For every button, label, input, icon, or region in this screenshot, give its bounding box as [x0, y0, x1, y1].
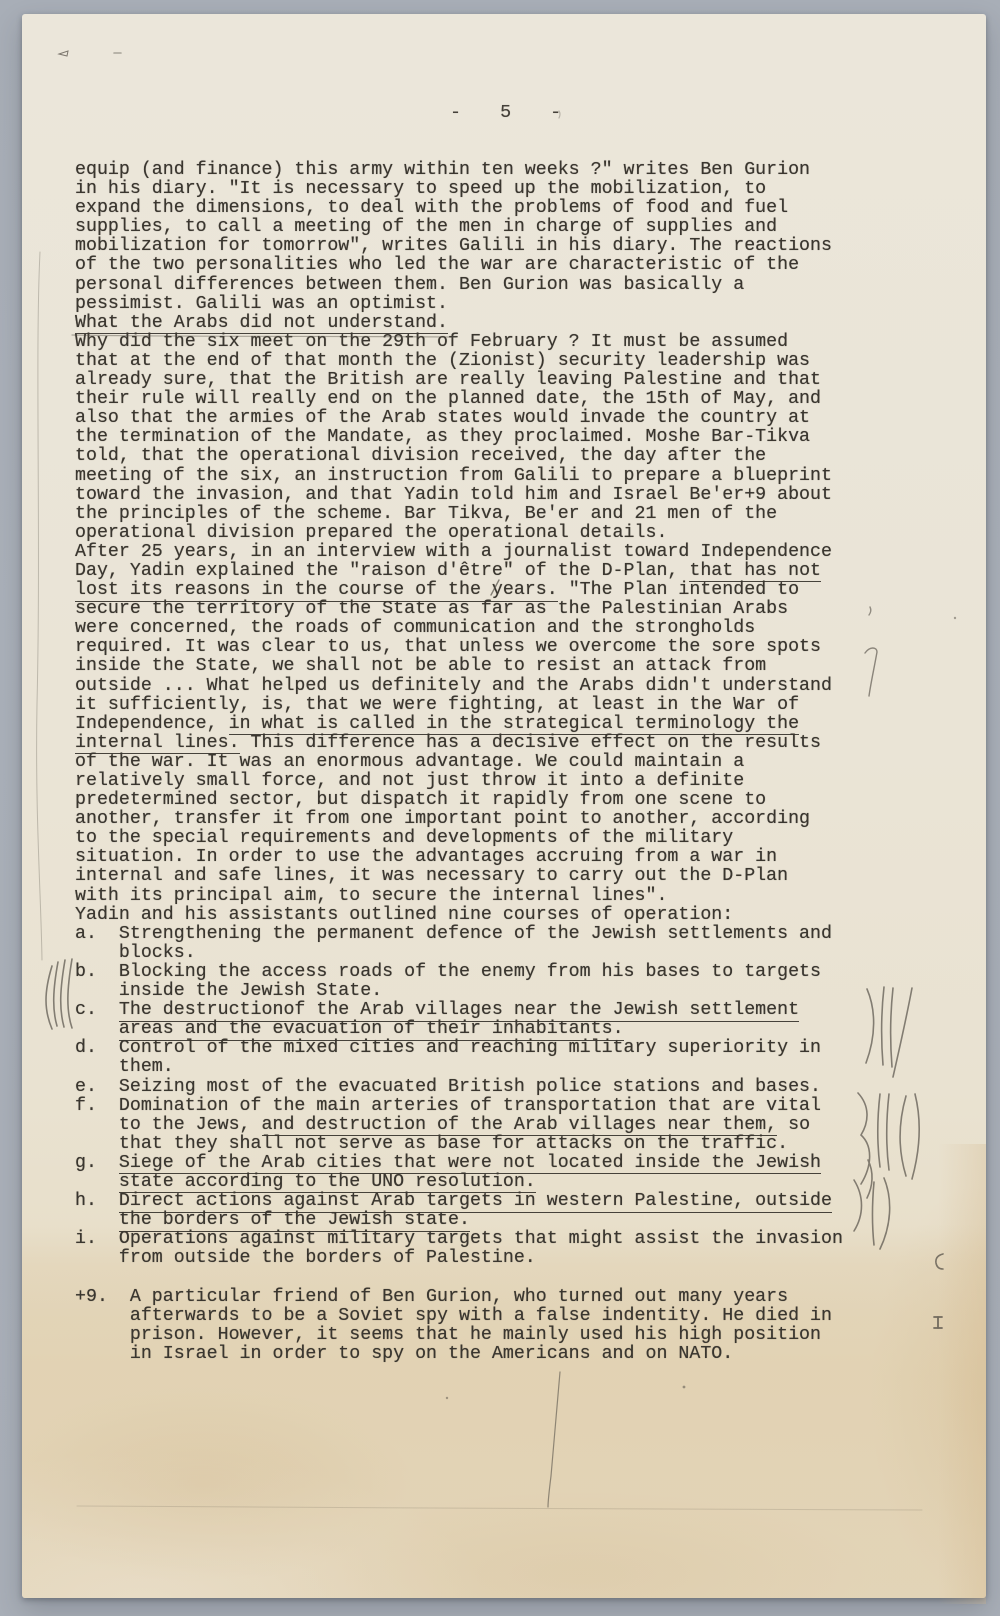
left-margin-strokes-item-c	[46, 959, 72, 1029]
typed-line: relatively small force, and not just thr…	[75, 772, 843, 791]
typed-line: it sufficiently, is, that we were fighti…	[75, 696, 843, 715]
typed-line: Yadin and his assistants outlined nine c…	[75, 906, 843, 925]
right-margin-apostrophe	[869, 607, 871, 615]
scanned-document-page: - 5 - equip (and finance) this army with…	[0, 0, 1000, 1616]
typed-line: state according to the UNO resolution.	[75, 1173, 843, 1192]
paper-speck	[683, 1386, 686, 1389]
typed-line: Why did the six meet on the 29th of Febr…	[75, 333, 843, 352]
typed-line: i. Operations against military targets t…	[75, 1230, 843, 1249]
left-margin-fold-crease	[37, 252, 42, 960]
typed-line: inside the State, we shall not be able t…	[75, 657, 843, 676]
bottom-horizontal-crease	[77, 1506, 922, 1510]
typed-line: to the Jews, and destruction of the Arab…	[75, 1116, 843, 1135]
right-margin-dot	[954, 617, 956, 619]
right-margin-letter-c	[936, 1254, 943, 1269]
typed-line: After 25 years, in an interview with a j…	[75, 543, 843, 562]
typed-line: meeting of the six, an instruction from …	[75, 467, 843, 486]
typed-line: of the two personalities who led the war…	[75, 256, 843, 275]
typed-line: c. The destructionof the Arab villages n…	[75, 1001, 843, 1020]
typed-line: internal and safe lines, it was necessar…	[75, 867, 843, 886]
typed-line: from outside the borders of Palestine.	[75, 1249, 843, 1268]
typed-line: b. Blocking the access roads of the enem…	[75, 963, 843, 982]
typed-line: h. Direct actions against Arab targets i…	[75, 1192, 843, 1211]
typed-line: that at the end of that month the (Zioni…	[75, 352, 843, 371]
typed-line: another, transfer it from one important …	[75, 810, 843, 829]
typed-line: prison. However, it seems that he mainly…	[75, 1326, 832, 1345]
typed-footnote: +9. A particular friend of Ben Gurion, w…	[75, 1288, 832, 1364]
typed-line: the borders of the Jewish state.	[75, 1211, 843, 1230]
typed-line: in Israel in order to spy on the America…	[75, 1345, 832, 1364]
page-number: - 5 -	[450, 102, 575, 123]
typed-line: +9. A particular friend of Ben Gurion, w…	[75, 1288, 832, 1307]
typed-line: Day, Yadin explained the "raison d'être"…	[75, 562, 843, 581]
typed-line: Independence, in what is called in the s…	[75, 715, 843, 734]
typed-line: personal differences between them. Ben G…	[75, 276, 843, 295]
typed-line: blocks.	[75, 944, 843, 963]
typed-line: their rule will really end on the planne…	[75, 390, 843, 409]
typed-line: mobilization for tomorrow", writes Galil…	[75, 237, 843, 256]
typed-line: in his diary. "It is necessary to speed …	[75, 180, 843, 199]
typed-line: pessimist. Galili was an optimist.	[75, 295, 843, 314]
typed-line: inside the Jewish State.	[75, 982, 843, 1001]
typed-line: a. Strengthening the permanent defence o…	[75, 925, 843, 944]
right-margin-strokes-item-c	[866, 987, 912, 1077]
typed-line: outside ... What helped us definitely an…	[75, 677, 843, 696]
typed-line: situation. In order to use the advantage…	[75, 848, 843, 867]
typed-line: were concerned, the roads of communicati…	[75, 619, 843, 638]
typed-line: expand the dimensions, to deal with the …	[75, 199, 843, 218]
typed-line: operational division prepared the operat…	[75, 524, 843, 543]
typed-line: areas and the evacuation of their inhabi…	[75, 1020, 843, 1039]
typed-line: f. Domination of the main arteries of tr…	[75, 1097, 843, 1116]
paper-speck	[446, 1397, 448, 1399]
typed-line: g. Siege of the Arab cities that were no…	[75, 1154, 843, 1173]
typed-line: with its principal aim, to secure the in…	[75, 887, 843, 906]
paper-aging-stain-bottom	[22, 1224, 986, 1598]
right-margin-letter-i	[934, 1317, 942, 1328]
typed-line: What the Arabs did not understand.	[75, 314, 843, 333]
typed-line: internal lines. This difference has a de…	[75, 734, 843, 753]
typed-line: required. It was clear to us, that unles…	[75, 638, 843, 657]
typed-line: secure the territory of the State as far…	[75, 600, 843, 619]
typed-line: toward the invasion, and that Yadin told…	[75, 486, 843, 505]
paper-sheet: - 5 - equip (and finance) this army with…	[22, 14, 986, 1598]
typed-line: to the special requirements and developm…	[75, 829, 843, 848]
bracket-after-understand	[865, 648, 877, 696]
bottom-center-crease	[548, 1372, 560, 1507]
typed-line: the termination of the Mandate, as they …	[75, 428, 843, 447]
top-left-specks	[59, 51, 68, 56]
typed-line: also that the armies of the Arab states …	[75, 409, 843, 428]
typed-line: afterwards to be a Soviet spy with a fal…	[75, 1307, 832, 1326]
typed-line: lost its reasons in the course of the ye…	[75, 581, 843, 600]
typed-line: e. Seizing most of the evacuated British…	[75, 1078, 843, 1097]
typed-line: already sure, that the British are reall…	[75, 371, 843, 390]
typed-line: d. Control of the mixed cities and reach…	[75, 1039, 843, 1058]
typed-line: the principles of the scheme. Bar Tikva,…	[75, 505, 843, 524]
typed-line: told, that the operational division rece…	[75, 447, 843, 466]
right-margin-strokes-item-h	[854, 1178, 890, 1249]
typed-line: that they shall not serve as base for at…	[75, 1135, 843, 1154]
paper-aging-stain-right-edge	[938, 1144, 986, 1604]
right-margin-brace-items-f-g	[858, 1093, 919, 1198]
typed-line: equip (and finance) this army within ten…	[75, 161, 843, 180]
typed-line: predetermined sector, but dispatch it ra…	[75, 791, 843, 810]
typed-line: of the war. It was an enormous advantage…	[75, 753, 843, 772]
typed-body-text: equip (and finance) this army within ten…	[75, 161, 843, 1268]
typed-line: them.	[75, 1058, 843, 1077]
typed-line: supplies, to call a meeting of the men i…	[75, 218, 843, 237]
